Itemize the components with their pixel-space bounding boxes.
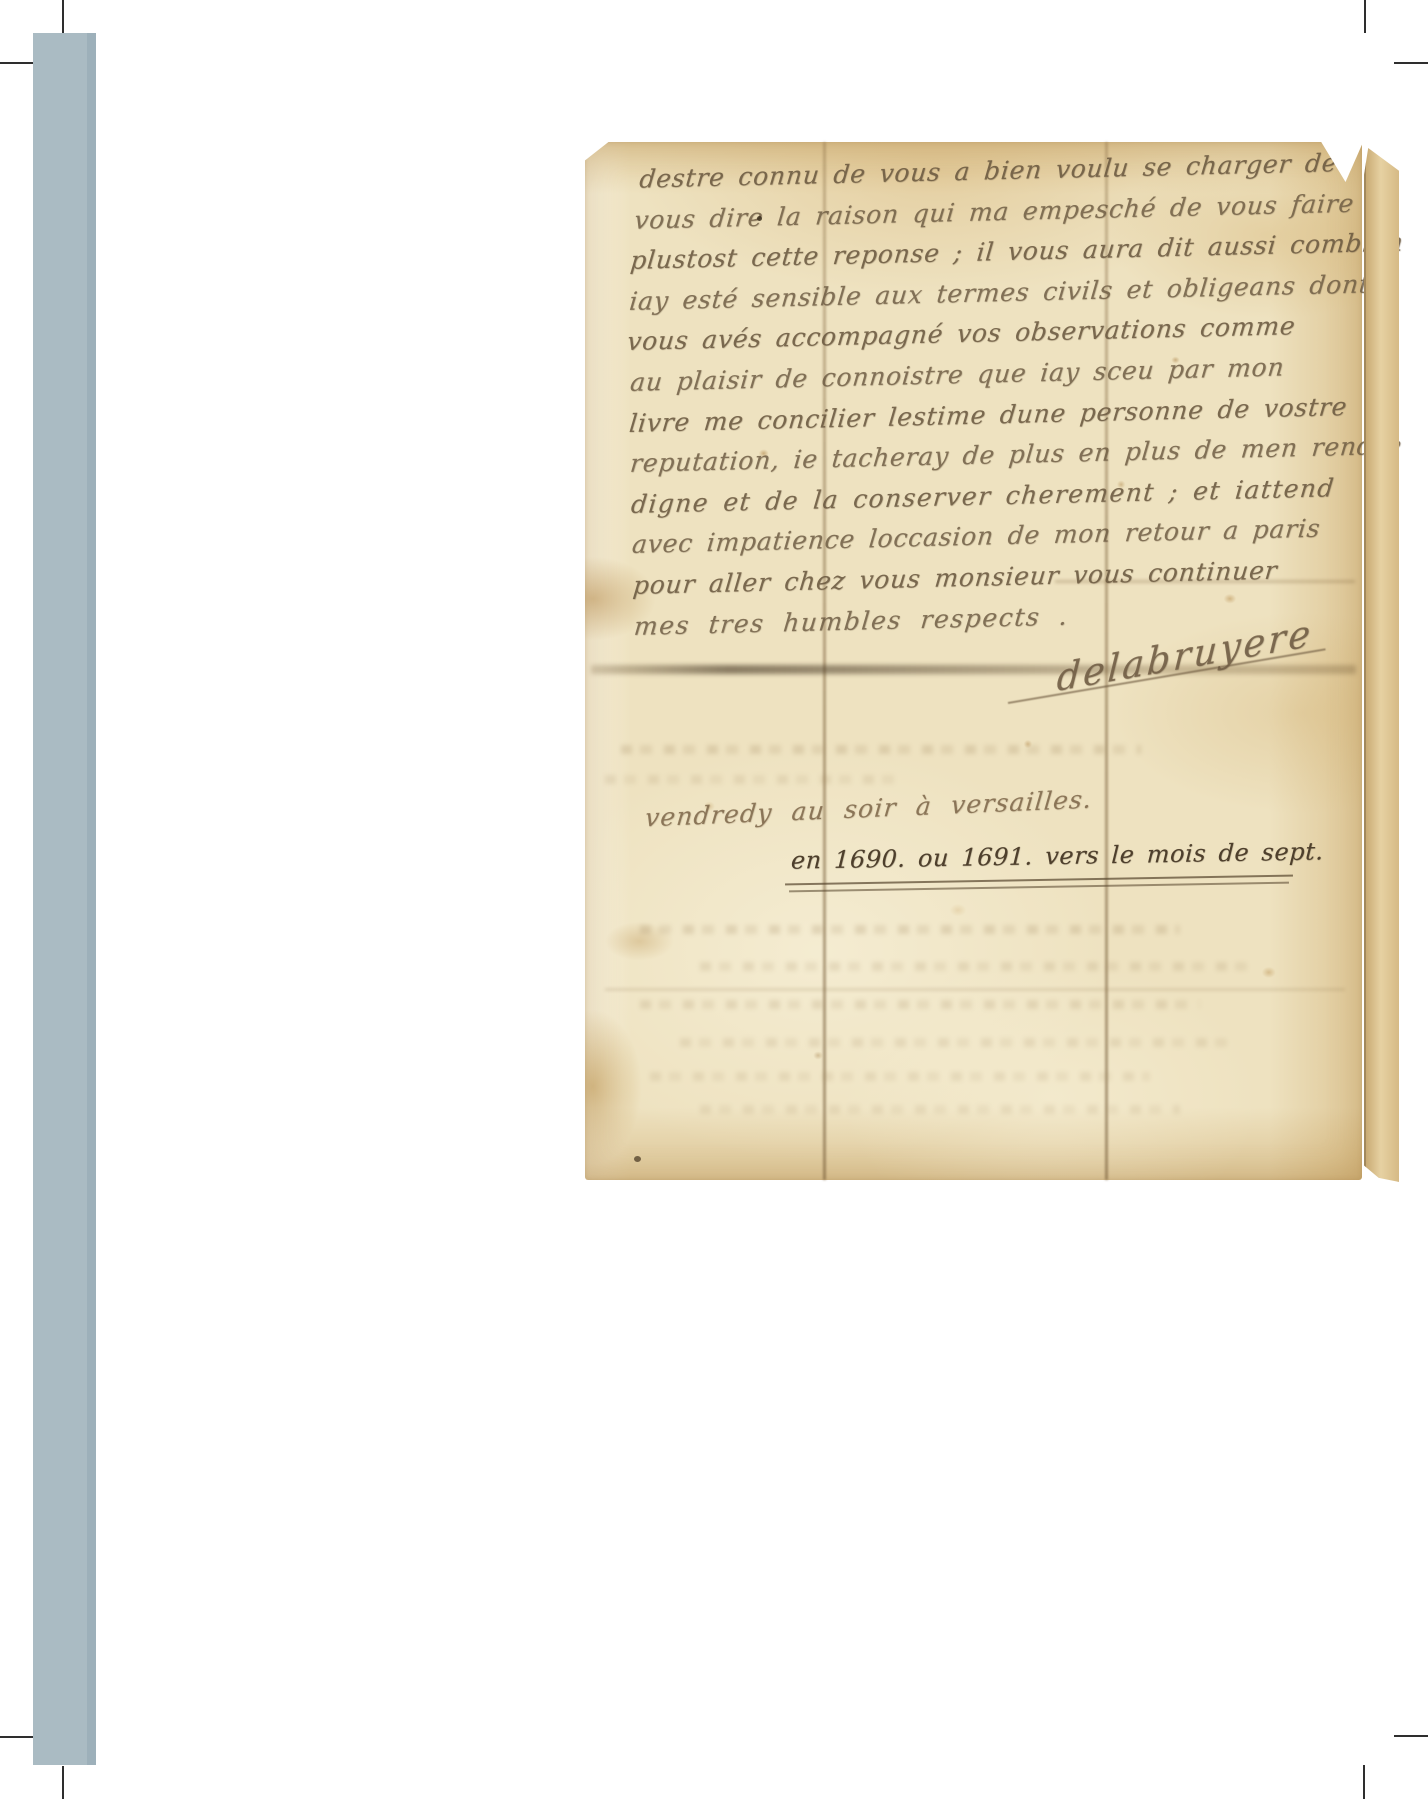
crop-mark-bottom-left-vertical bbox=[62, 1766, 64, 1799]
bleed-through-line bbox=[700, 1105, 1180, 1114]
crop-mark-top-left-horizontal bbox=[0, 62, 35, 64]
ink-speck bbox=[757, 216, 762, 221]
book-page: { "document": { "kind": "handwritten let… bbox=[0, 0, 1428, 1799]
date-annotation: en 1690. ou 1691. vers le mois de sept. bbox=[790, 837, 1324, 874]
bleed-through-line bbox=[621, 745, 1141, 754]
ink-speck bbox=[634, 1156, 641, 1162]
bleed-through-line bbox=[650, 1072, 1150, 1081]
margin-accent-bar bbox=[33, 33, 96, 1765]
crop-mark-top-right-vertical bbox=[1364, 0, 1366, 33]
manuscript-paper: destre connu de vous a bien voulu se cha… bbox=[585, 142, 1362, 1180]
bleed-through-line bbox=[700, 962, 1250, 971]
crop-mark-top-left-vertical bbox=[62, 0, 64, 33]
letter-body: destre connu de vous a bien voulu se cha… bbox=[623, 143, 1354, 647]
bleed-through-line bbox=[640, 1000, 1200, 1009]
crop-mark-bottom-right-vertical bbox=[1363, 1765, 1365, 1799]
dateline: vendredy au soir à versailles. bbox=[644, 785, 1094, 833]
fold-crease-horizontal-faint-lower bbox=[605, 988, 1345, 991]
crop-mark-top-right-horizontal bbox=[1394, 62, 1428, 64]
bleed-through-line bbox=[680, 1038, 1230, 1047]
crop-mark-bottom-left-horizontal bbox=[0, 1736, 35, 1738]
bleed-through-line bbox=[605, 775, 905, 784]
crop-mark-bottom-right-horizontal bbox=[1394, 1735, 1428, 1737]
adjacent-page-edge bbox=[1364, 148, 1399, 1182]
bleed-through-line bbox=[640, 925, 1180, 934]
